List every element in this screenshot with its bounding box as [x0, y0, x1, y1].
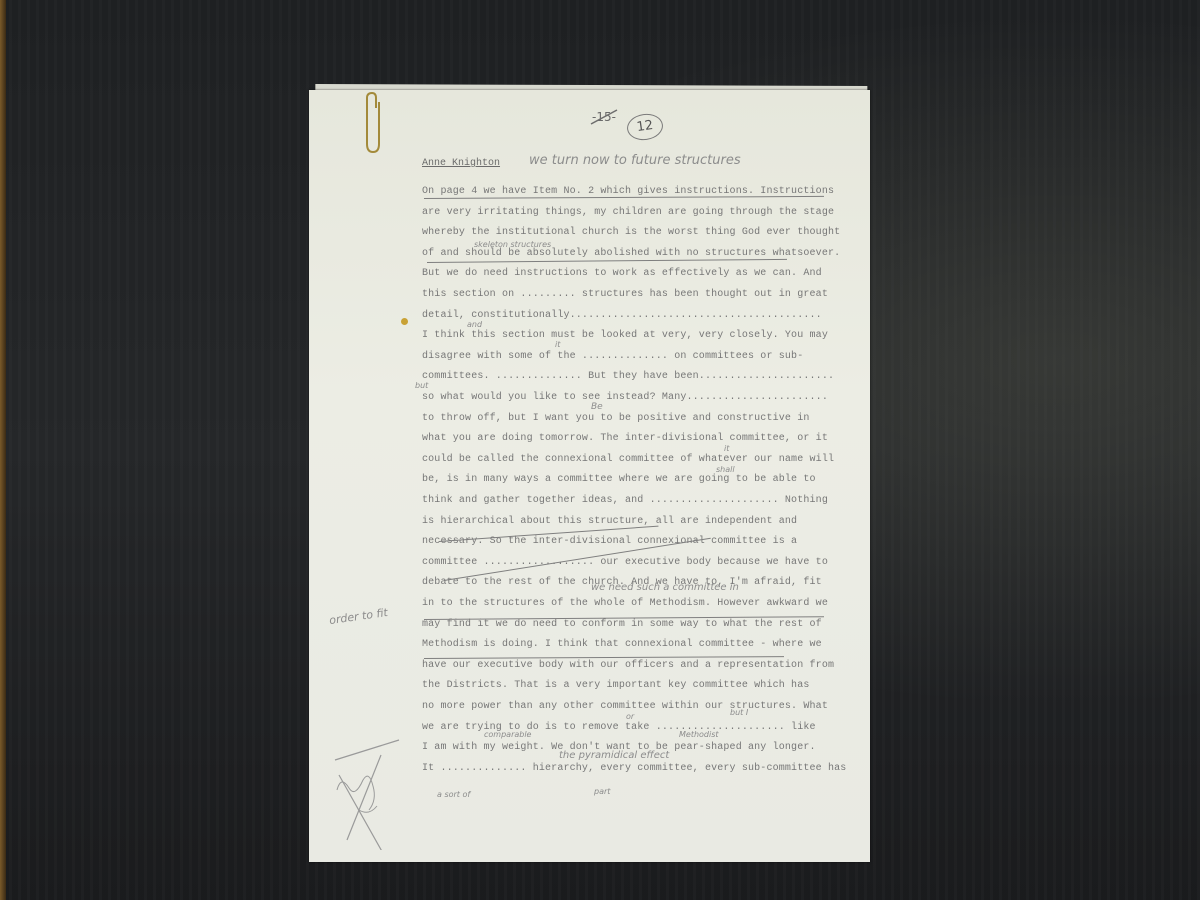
- typed-line: what you are doing tomorrow. The inter-d…: [422, 433, 828, 444]
- annotation: shall: [716, 465, 735, 474]
- typed-line: disagree with some of the ..............…: [422, 351, 803, 362]
- yellow-mark: [401, 318, 408, 325]
- typed-line: so what would you like to see instead? M…: [422, 392, 828, 403]
- typed-line: may find it we do need to conform in som…: [422, 619, 822, 630]
- paperclip-icon: [363, 92, 385, 154]
- typed-line: could be called the connexional committe…: [422, 454, 834, 465]
- speaker-name: Anne Knighton: [422, 158, 500, 169]
- annotation: the pyramidical effect: [559, 750, 669, 761]
- typed-line: committees. .............. But they have…: [422, 371, 834, 382]
- typed-line: no more power than any other committee w…: [422, 701, 828, 712]
- annotation: skeleton structures: [474, 240, 551, 249]
- annotation: we need such a committee in: [591, 582, 739, 593]
- typed-line: is hierarchical about this structure, al…: [422, 516, 797, 527]
- annotation: and: [467, 320, 482, 329]
- typed-line: be, is in many ways a committee where we…: [422, 474, 816, 485]
- pencil-underline: [427, 259, 787, 263]
- typed-line: to throw off, but I want you to be posit…: [422, 413, 810, 424]
- strike-mark-icon: [589, 108, 619, 126]
- annotation: Be: [591, 402, 603, 412]
- annotation: it: [555, 340, 560, 349]
- annotation: a sort of: [437, 790, 470, 799]
- typed-line: of and should be absolutely abolished wi…: [422, 248, 840, 259]
- typed-line: whereby the institutional church is the …: [422, 227, 840, 238]
- margin-annotation: order to fit: [328, 606, 388, 627]
- annotation: it: [724, 444, 729, 453]
- typed-line: Methodism is doing. I think that connexi…: [422, 639, 822, 650]
- typed-line: It .............. hierarchy, every commi…: [422, 763, 846, 774]
- typed-line: we are trying to do is to remove take ..…: [422, 722, 816, 733]
- heading-annotation: we turn now to future structures: [529, 153, 741, 168]
- initials-scribble-icon: [329, 730, 409, 850]
- annotation: but: [415, 381, 428, 390]
- annotation: or: [626, 712, 634, 721]
- typed-line: think and gather together ideas, and ...…: [422, 495, 828, 506]
- typed-line: But we do need instructions to work as e…: [422, 268, 822, 279]
- annotation: but I: [730, 708, 748, 717]
- typed-page: -15- 12 Anne Knighton we turn now to fut…: [309, 90, 870, 862]
- typed-line: detail, constitutionally................…: [422, 310, 822, 321]
- circled-page-number: 12: [625, 112, 664, 143]
- typed-line: are very irritating things, my children …: [422, 207, 834, 218]
- desk-edge: [0, 0, 6, 900]
- annotation: comparable: [484, 730, 531, 739]
- typed-line: this section on ......... structures has…: [422, 289, 828, 300]
- typed-line: have our executive body with our officer…: [422, 660, 834, 671]
- typed-line: in to the structures of the whole of Met…: [422, 598, 828, 609]
- typed-line: I think this section must be looked at v…: [422, 330, 828, 341]
- typed-line: the Districts. That is a very important …: [422, 680, 810, 691]
- annotation: Methodist: [679, 730, 719, 739]
- typed-line: committee .................. our executi…: [422, 557, 828, 568]
- annotation: part: [594, 787, 610, 796]
